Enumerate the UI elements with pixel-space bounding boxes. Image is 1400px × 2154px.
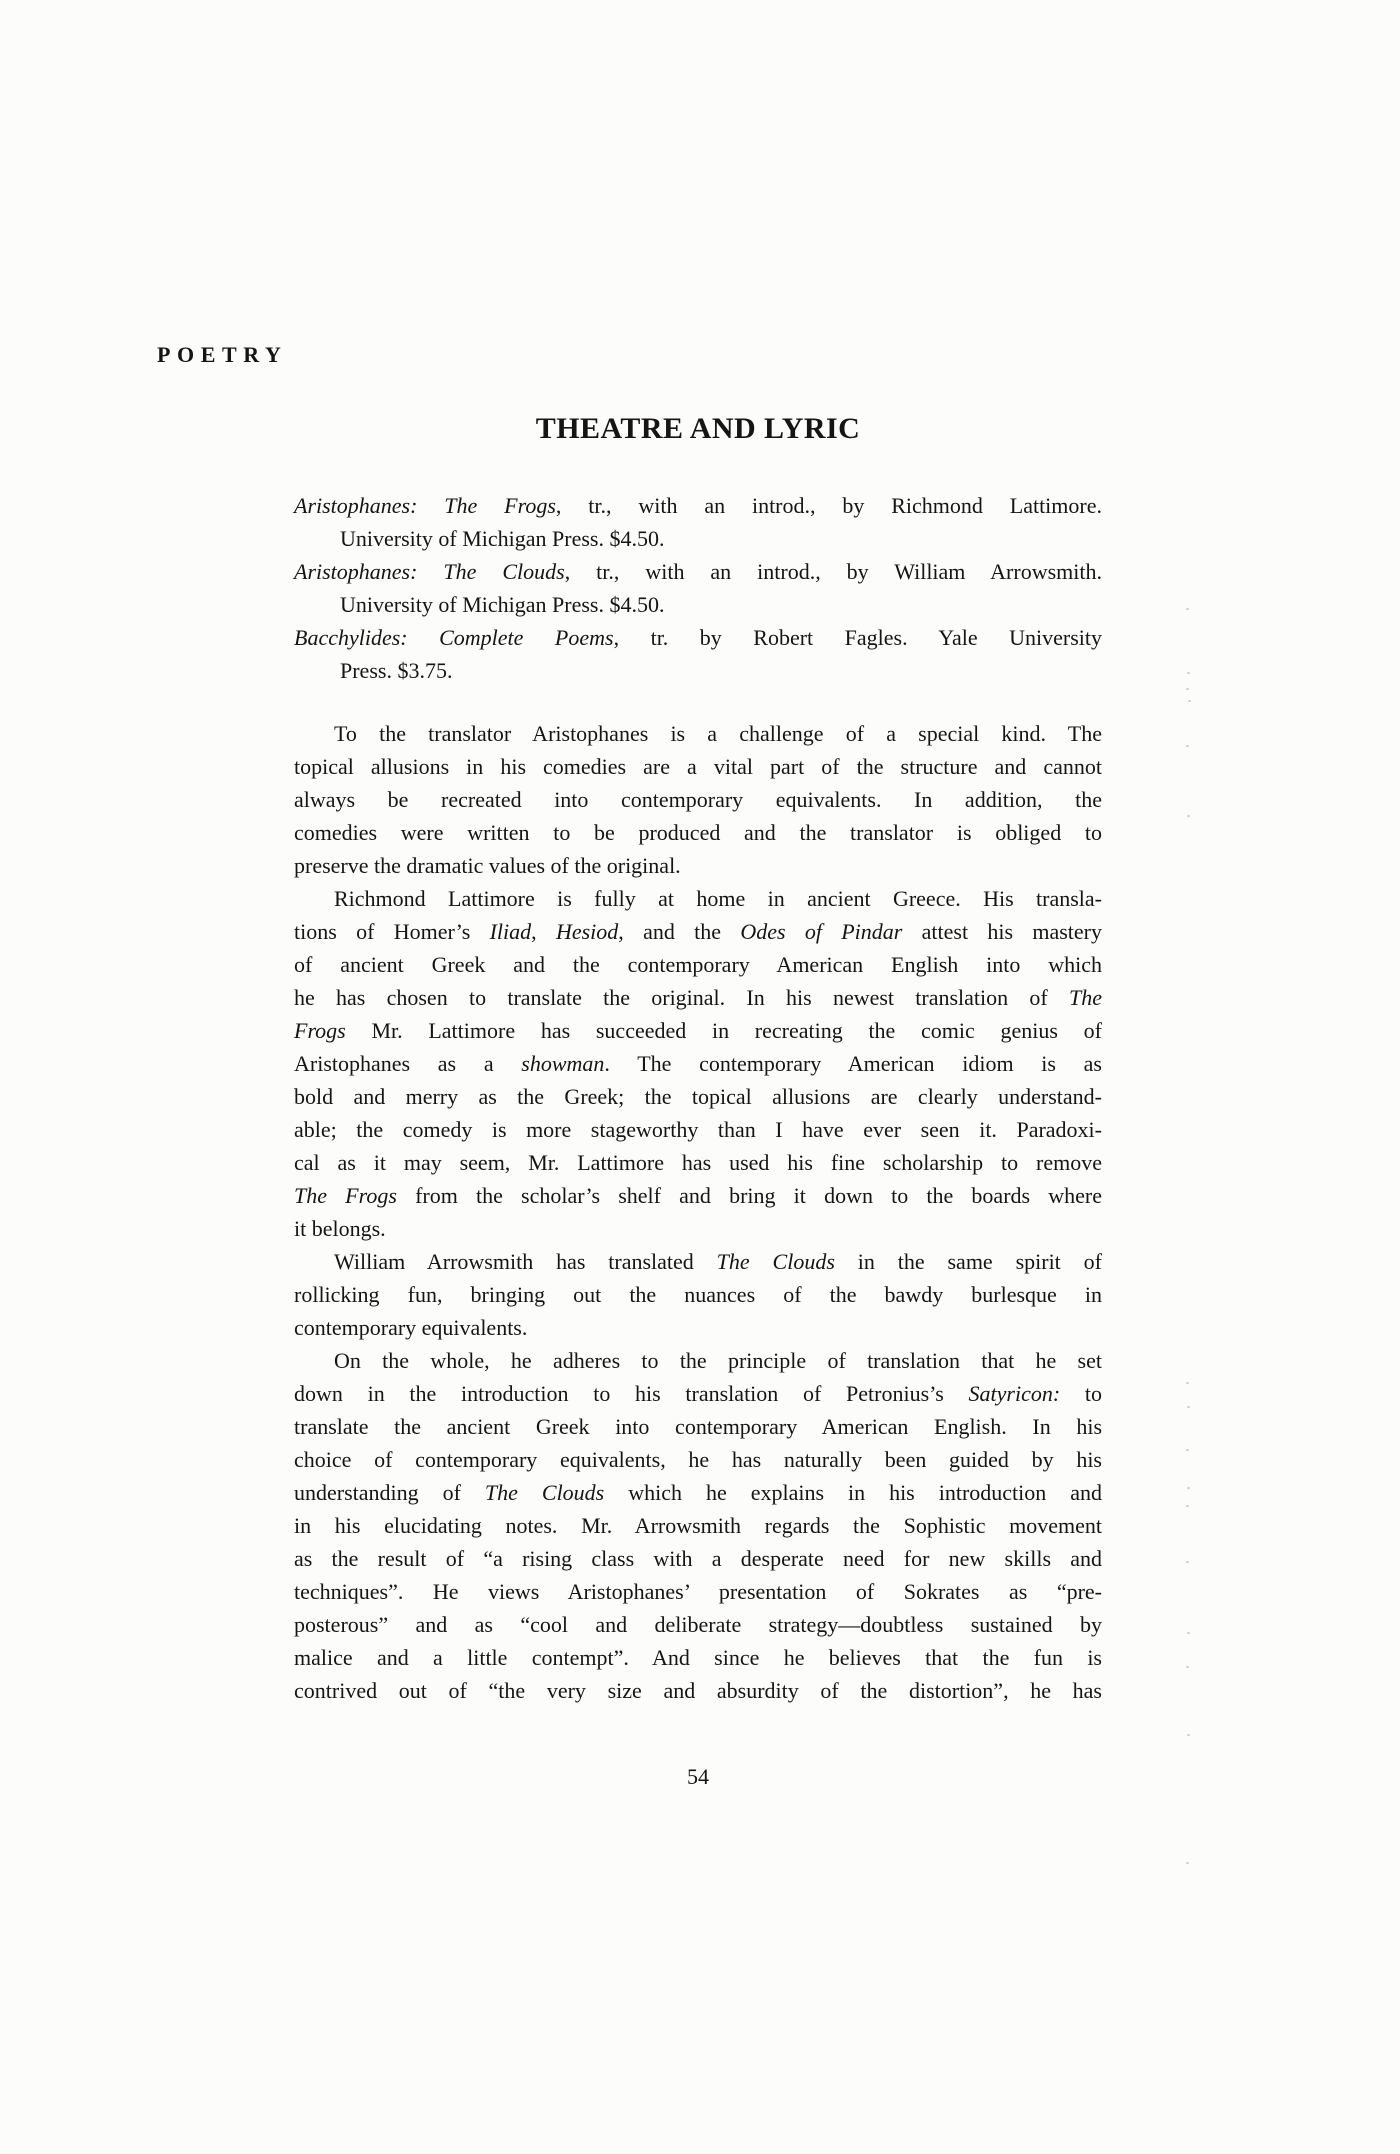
text-segment: University of Michigan Press. $4.50. [340, 592, 664, 617]
text-line: William Arrowsmith has translated The Cl… [294, 1245, 1102, 1278]
scan-speck [1187, 1487, 1190, 1489]
scan-speck [1187, 1734, 1190, 1736]
text-segment: techniques”. He views Aristophanes’ pres… [294, 1579, 1102, 1604]
text-segment: bold and merry as the Greek; the topical… [294, 1084, 1102, 1109]
text-line: able; the comedy is more stageworthy tha… [294, 1113, 1102, 1146]
text-line: The Frogs from the scholar’s shelf and b… [294, 1179, 1102, 1212]
text-line: as the result of “a rising class with a … [294, 1542, 1102, 1575]
scan-speck [1186, 745, 1189, 747]
text-line: down in the introduction to his translat… [294, 1377, 1102, 1410]
text-line: posterous” and as “cool and deliberate s… [294, 1608, 1102, 1641]
text-segment: On the whole, he adheres to the principl… [334, 1348, 1102, 1373]
citation: Aristophanes: The Clouds, tr., with an i… [294, 555, 1102, 621]
scanned-book-page: POETRY THEATRE AND LYRIC Aristophanes: T… [0, 0, 1400, 2154]
text-line: Bacchylides: Complete Poems, tr. by Robe… [294, 621, 1102, 654]
text-segment: , tr., with an introd., by William Arrow… [565, 559, 1102, 584]
running-header: POETRY [157, 342, 288, 368]
text-segment: it belongs. [294, 1216, 386, 1241]
italic-work-title: Odes of Pindar [740, 919, 902, 944]
paragraph: On the whole, he adheres to the principl… [294, 1344, 1102, 1707]
text-line: bold and merry as the Greek; the topical… [294, 1080, 1102, 1113]
italic-work-title: The Clouds [717, 1249, 835, 1274]
text-line: preserve the dramatic values of the orig… [294, 849, 1102, 882]
italic-work-title: The Frogs [294, 1183, 397, 1208]
scan-speck [1188, 700, 1191, 702]
text-segment: which he explains in his introduction an… [604, 1480, 1102, 1505]
text-segment: cal as it may seem, Mr. Lattimore has us… [294, 1150, 1102, 1175]
italic-work-title: Satyricon: [969, 1381, 1061, 1406]
text-line: To the translator Aristophanes is a chal… [294, 717, 1102, 750]
text-line: Frogs Mr. Lattimore has succeeded in rec… [294, 1014, 1102, 1047]
text-segment: in his elucidating notes. Mr. Arrowsmith… [294, 1513, 1102, 1538]
page-number: 54 [294, 1764, 1102, 1790]
text-segment: down in the introduction to his translat… [294, 1381, 969, 1406]
italic-work-title: The Clouds [485, 1480, 604, 1505]
text-segment: contrived out of “the very size and absu… [294, 1678, 1102, 1703]
text-line: contrived out of “the very size and absu… [294, 1674, 1102, 1707]
text-segment: , tr. by Robert Fagles. Yale University [614, 625, 1102, 650]
text-segment: he has chosen to translate the original.… [294, 985, 1069, 1010]
text-segment: Press. $3.75. [340, 658, 452, 683]
text-line: always be recreated into contemporary eq… [294, 783, 1102, 816]
citation-list: Aristophanes: The Frogs, tr., with an in… [294, 489, 1102, 687]
scan-speck [1186, 1505, 1189, 1507]
text-line: understanding of The Clouds which he exp… [294, 1476, 1102, 1509]
text-line: University of Michigan Press. $4.50. [294, 588, 1102, 621]
text-segment: University of Michigan Press. $4.50. [340, 526, 664, 551]
italic-work-title: Bacchylides: Complete Poems [294, 625, 614, 650]
italic-work-title: The [1069, 985, 1102, 1010]
text-segment: in the same spirit of [835, 1249, 1102, 1274]
italic-work-title: showman [521, 1051, 604, 1076]
scan-speck [1186, 1449, 1189, 1451]
text-segment: able; the comedy is more stageworthy tha… [294, 1117, 1102, 1142]
text-line: University of Michigan Press. $4.50. [294, 522, 1102, 555]
text-segment: choice of contemporary equivalents, he h… [294, 1447, 1102, 1472]
paragraph: To the translator Aristophanes is a chal… [294, 717, 1102, 882]
text-segment: comedies were written to be produced and… [294, 820, 1102, 845]
text-line: techniques”. He views Aristophanes’ pres… [294, 1575, 1102, 1608]
text-segment: Richmond Lattimore is fully at home in a… [334, 886, 1102, 911]
text-segment: To the translator Aristophanes is a chal… [334, 721, 1102, 746]
text-line: in his elucidating notes. Mr. Arrowsmith… [294, 1509, 1102, 1542]
text-segment: attest his mastery [902, 919, 1102, 944]
scan-speck [1186, 1666, 1189, 1668]
italic-work-title: Aristophanes: The Frogs [294, 493, 556, 518]
text-line: he has chosen to translate the original.… [294, 981, 1102, 1014]
text-segment: Aristophanes as a [294, 1051, 521, 1076]
italic-work-title: Aristophanes: The Clouds [294, 559, 565, 584]
text-segment: contemporary equivalents. [294, 1315, 527, 1340]
text-segment: . The contemporary American idiom is as [604, 1051, 1102, 1076]
text-segment: posterous” and as “cool and deliberate s… [294, 1612, 1102, 1637]
article-title: THEATRE AND LYRIC [294, 412, 1102, 446]
text-segment: translate the ancient Greek into contemp… [294, 1414, 1102, 1439]
italic-work-title: Frogs [294, 1018, 346, 1043]
text-line: tions of Homer’s Iliad, Hesiod, and the … [294, 915, 1102, 948]
text-segment: , and the [618, 919, 740, 944]
text-line: Aristophanes as a showman. The contempor… [294, 1047, 1102, 1080]
text-line: topical allusions in his comedies are a … [294, 750, 1102, 783]
scan-speck [1187, 1406, 1190, 1408]
review-body: To the translator Aristophanes is a chal… [294, 717, 1102, 1707]
paragraph: William Arrowsmith has translated The Cl… [294, 1245, 1102, 1344]
text-segment: tions of Homer’s [294, 919, 490, 944]
scan-speck [1187, 1632, 1190, 1634]
citation: Bacchylides: Complete Poems, tr. by Robe… [294, 621, 1102, 687]
text-line: it belongs. [294, 1212, 1102, 1245]
citation: Aristophanes: The Frogs, tr., with an in… [294, 489, 1102, 555]
text-line: contemporary equivalents. [294, 1311, 1102, 1344]
italic-work-title: Hesiod [556, 919, 618, 944]
text-segment: , tr., with an introd., by Richmond Latt… [556, 493, 1102, 518]
text-segment: understanding of [294, 1480, 485, 1505]
scan-speck [1187, 672, 1190, 674]
text-line: malice and a little contempt”. And since… [294, 1641, 1102, 1674]
text-segment: topical allusions in his comedies are a … [294, 754, 1102, 779]
scan-speck [1186, 608, 1189, 610]
text-segment: malice and a little contempt”. And since… [294, 1645, 1102, 1670]
text-segment: from the scholar’s shelf and bring it do… [397, 1183, 1102, 1208]
text-line: Press. $3.75. [294, 654, 1102, 687]
text-segment: preserve the dramatic values of the orig… [294, 853, 681, 878]
text-segment: William Arrowsmith has translated [334, 1249, 717, 1274]
text-segment: , [531, 919, 556, 944]
text-line: cal as it may seem, Mr. Lattimore has us… [294, 1146, 1102, 1179]
text-segment: rollicking fun, bringing out the nuances… [294, 1282, 1102, 1307]
scan-speck [1186, 1561, 1189, 1563]
text-line: On the whole, he adheres to the principl… [294, 1344, 1102, 1377]
scan-speck [1186, 1862, 1189, 1864]
text-line: comedies were written to be produced and… [294, 816, 1102, 849]
text-line: translate the ancient Greek into contemp… [294, 1410, 1102, 1443]
text-line: Richmond Lattimore is fully at home in a… [294, 882, 1102, 915]
paragraph: Richmond Lattimore is fully at home in a… [294, 882, 1102, 1245]
text-segment: of ancient Greek and the contemporary Am… [294, 952, 1102, 977]
text-segment: always be recreated into contemporary eq… [294, 787, 1102, 812]
text-line: choice of contemporary equivalents, he h… [294, 1443, 1102, 1476]
text-line: Aristophanes: The Clouds, tr., with an i… [294, 555, 1102, 588]
text-segment: Mr. Lattimore has succeeded in recreatin… [346, 1018, 1102, 1043]
scan-speck [1186, 688, 1189, 690]
text-segment: to [1060, 1381, 1102, 1406]
scan-speck [1186, 1382, 1189, 1384]
text-line: Aristophanes: The Frogs, tr., with an in… [294, 489, 1102, 522]
italic-work-title: Iliad [490, 919, 532, 944]
scan-speck [1187, 815, 1190, 817]
text-segment: as the result of “a rising class with a … [294, 1546, 1102, 1571]
text-line: of ancient Greek and the contemporary Am… [294, 948, 1102, 981]
text-line: rollicking fun, bringing out the nuances… [294, 1278, 1102, 1311]
